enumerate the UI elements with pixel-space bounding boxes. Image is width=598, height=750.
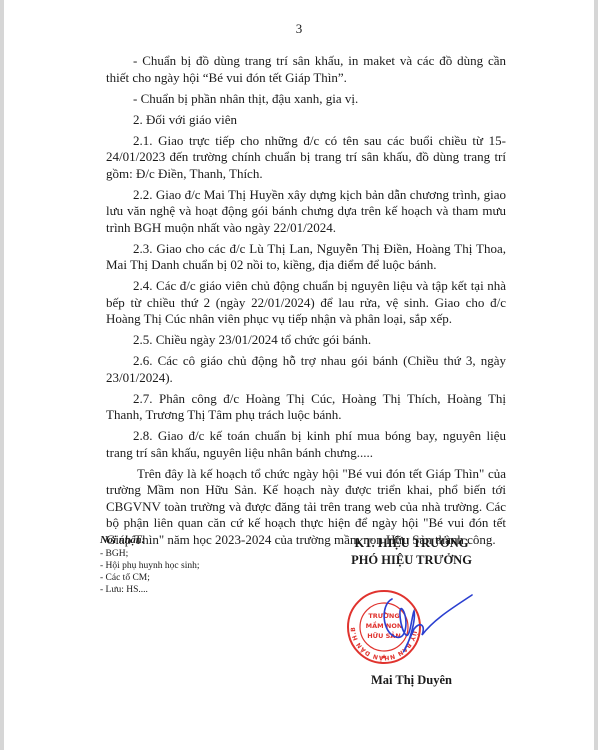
paragraph: 2.7. Phân công đ/c Hoàng Thị Cúc, Hoàng … [106, 391, 506, 424]
paragraph: - Chuẩn bị phần nhân thịt, đậu xanh, gia… [106, 91, 506, 108]
signature-block: KT. HIỆU TRƯỞNG PHÓ HIỆU TRƯỞNG ỦY BAN N… [304, 535, 519, 569]
signer-name: Mai Thị Duyên [304, 673, 519, 688]
recipients-title: Nơi nhận: [100, 535, 199, 547]
recipient-item: - Các tổ CM; [100, 572, 199, 584]
document-footer: Nơi nhận: - BGH; - Hội phụ huynh học sin… [4, 535, 594, 750]
handwritten-signature-icon [374, 585, 474, 665]
section-heading: 2. Đối với giáo viên [106, 112, 506, 129]
recipient-item: - Lưu: HS.... [100, 584, 199, 596]
document-page: 3 - Chuẩn bị đồ dùng trang trí sân khấu,… [4, 0, 594, 750]
paragraph: 2.1. Giao trực tiếp cho những đ/c có tên… [106, 133, 506, 183]
paragraph: 2.2. Giao đ/c Mai Thị Huyền xây dựng kịc… [106, 187, 506, 237]
paragraph: 2.4. Các đ/c giáo viên chủ động chuẩn bị… [106, 278, 506, 328]
paragraph: 2.3. Giao cho các đ/c Lù Thị Lan, Nguyễn… [106, 241, 506, 274]
paragraph: - Chuẩn bị đồ dùng trang trí sân khấu, i… [106, 53, 506, 86]
recipient-item: - BGH; [100, 548, 199, 560]
document-body: - Chuẩn bị đồ dùng trang trí sân khấu, i… [106, 53, 506, 553]
paragraph: 2.8. Giao đ/c kế toán chuẩn bị kinh phí … [106, 428, 506, 461]
signature-role-line1: KT. HIỆU TRƯỞNG [304, 535, 519, 552]
signature-role-line2: PHÓ HIỆU TRƯỞNG [304, 552, 519, 569]
recipients-block: Nơi nhận: - BGH; - Hội phụ huynh học sin… [100, 535, 199, 596]
page-number: 3 [4, 21, 594, 37]
paragraph: 2.6. Các cô giáo chủ động hỗ trợ nhau gó… [106, 353, 506, 386]
recipient-item: - Hội phụ huynh học sinh; [100, 560, 199, 572]
paragraph: 2.5. Chiều ngày 23/01/2024 tổ chức gói b… [106, 332, 506, 349]
